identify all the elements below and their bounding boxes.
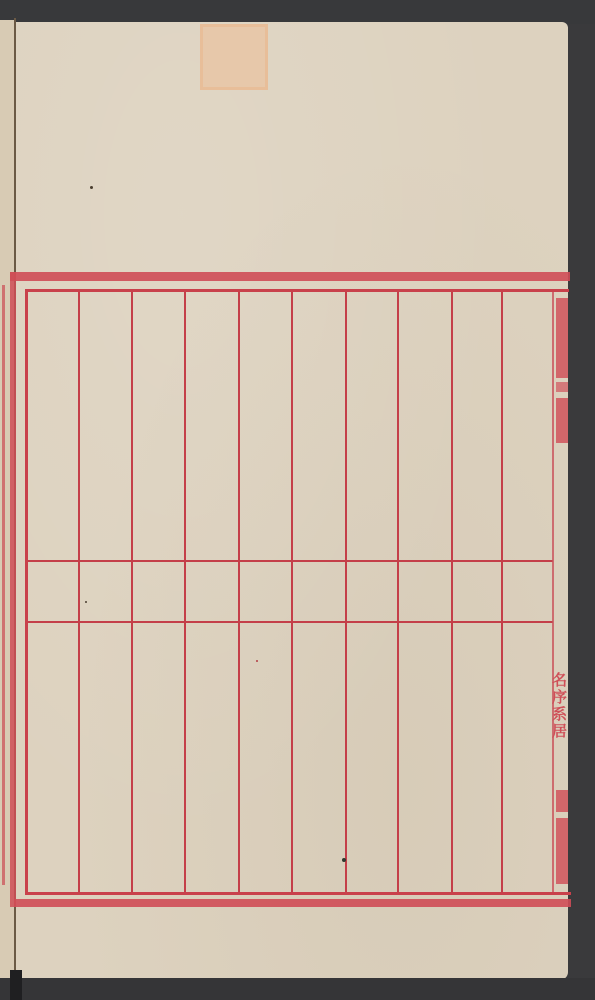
paper-speck bbox=[85, 601, 87, 603]
paper-speck bbox=[256, 660, 258, 662]
scan-background-top bbox=[0, 0, 595, 24]
grid-column-line bbox=[291, 292, 293, 892]
frame-left-inner-border bbox=[25, 289, 28, 895]
grid-row-line bbox=[28, 621, 553, 623]
grid-column-line bbox=[501, 292, 503, 892]
fish-tail-mark-upper bbox=[556, 298, 568, 378]
frame-bottom-outer-border bbox=[14, 899, 571, 907]
paper-speck bbox=[90, 186, 93, 189]
frame-bottom-inner-border bbox=[26, 892, 571, 895]
grid-column-line bbox=[238, 292, 240, 892]
scan-background-bottom bbox=[0, 978, 595, 1000]
paper-speck bbox=[342, 858, 346, 862]
grid-row-line bbox=[28, 560, 553, 562]
margin-title-text: 名序系居 bbox=[553, 672, 569, 740]
fish-tail-mark-base bbox=[556, 818, 568, 884]
fish-tail-mark-lower bbox=[556, 398, 568, 443]
frame-left-outer-border bbox=[10, 272, 16, 907]
frame-top-inner-border bbox=[26, 289, 569, 292]
fish-tail-mark-bottom bbox=[556, 790, 568, 812]
scanned-page-view: 名序系居 bbox=[0, 0, 595, 1000]
seal-stamp bbox=[200, 24, 268, 90]
facing-page-frame-line bbox=[2, 285, 5, 885]
grid-column-line bbox=[78, 292, 80, 892]
frame-top-outer-border bbox=[10, 272, 570, 281]
grid-column-line bbox=[184, 292, 186, 892]
grid-column-line bbox=[397, 292, 399, 892]
grid-column-line bbox=[345, 292, 347, 892]
fish-tail-mark-mid bbox=[556, 382, 568, 392]
grid-column-line bbox=[131, 292, 133, 892]
page-corner-tab bbox=[10, 970, 22, 1000]
grid-column-line bbox=[451, 292, 453, 892]
margin-rule bbox=[552, 292, 554, 892]
